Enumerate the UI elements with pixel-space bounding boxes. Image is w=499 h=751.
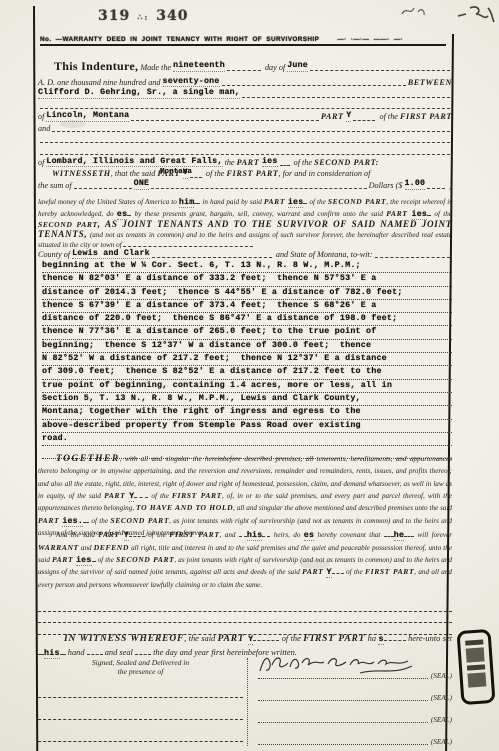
stamp-separator: ∴: — [137, 12, 149, 22]
printed-text: , that the said — [111, 170, 158, 178]
printed-text: of the — [307, 198, 327, 206]
printed-text: lawful money of the United States of Ame… — [38, 198, 179, 206]
printed-text: and — [79, 544, 94, 552]
signer-column: (SEAL) (SEAL) (SEAL) (SEAL) — [247, 658, 452, 746]
printed-text: will forever — [414, 531, 452, 539]
legal-description: beginning at the W ¼ Cor. Sect. 6, T. 13… — [42, 260, 452, 459]
printed-caps: PART — [98, 530, 123, 539]
printed-text: of the — [204, 170, 227, 178]
witness-signature-line — [38, 720, 243, 742]
dotted-fill — [152, 257, 272, 258]
typed-entry: seventy-one — [163, 77, 220, 88]
witness-signature-line — [38, 676, 243, 698]
form-line: WITNESSETH, that the said PART Y of the … — [38, 167, 452, 178]
book-number: 319 — [98, 8, 130, 24]
printed-caps: FIRST PART — [172, 491, 222, 500]
form-line: A. D. one thousand nine hundred and seve… — [38, 76, 452, 87]
stamp-mark — [467, 672, 486, 687]
printed-caps: WARRANT — [38, 543, 79, 552]
warrant-paragraph: And the said PART Y of the FIRST PART, a… — [38, 528, 452, 590]
legal-description-line: Montana; together with the right of ingr… — [42, 406, 452, 419]
printed-caps: FIRST PART — [303, 634, 365, 644]
dotted-fill — [74, 188, 132, 189]
seal-label: (SEAL) — [431, 672, 452, 680]
handwritten-mark — [398, 2, 428, 20]
dotted-fill — [52, 131, 450, 132]
typed-entry: Clifford D. Gehring, Sr., a single man, — [38, 88, 240, 99]
printed-text: heirs, do — [270, 531, 303, 539]
printed-caps: PART — [237, 159, 262, 167]
printed-caps: SECOND PART — [116, 555, 174, 564]
printed-caps: PART — [104, 491, 129, 500]
printed-text: , for and in consideration of — [279, 170, 371, 178]
form-line: of Lombard, Illinois and Great Falls, th… — [38, 156, 452, 167]
printed-text: the sum of — [38, 182, 72, 190]
dotted-fill — [427, 188, 445, 189]
legal-description-line: beginning; thence S 12°37' W a distance … — [42, 340, 452, 353]
dotted-fill — [222, 85, 406, 86]
printed-text: of the — [96, 556, 116, 564]
dotted-fill — [375, 257, 450, 258]
form-line: County of Lewis and Clark and State of M… — [38, 248, 452, 259]
printed-text: here-unto set — [406, 634, 452, 643]
dotted-fill — [190, 177, 202, 178]
seal-label: (SEAL) — [431, 716, 452, 724]
witness-column: Signed, Sealed and Delivered in the pres… — [38, 658, 247, 746]
form-line: the sum ofONEDollars ($ 1.00 ) — [38, 179, 452, 190]
typed-entry: es — [304, 531, 314, 541]
typed-entry: Y — [346, 111, 351, 122]
printed-text: , all and singular the above mentioned a… — [233, 504, 452, 512]
printed-caps: PART — [321, 113, 346, 121]
printed-caps: PART — [52, 555, 76, 564]
dotted-fill — [134, 490, 148, 498]
dotted-fill — [404, 529, 414, 537]
typed-entry: he — [394, 531, 404, 541]
typed-entry: nineteenth — [173, 61, 225, 72]
printed-text: And the said — [56, 531, 98, 539]
form-line — [38, 99, 452, 110]
legal-description-line: distance of 2014.3 feet; thence S 44°55'… — [42, 287, 452, 300]
typed-entry: ies — [288, 198, 304, 208]
form-title-text: No. —WARRANTY DEED IN JOINT TENANCY WITH… — [40, 36, 319, 43]
printed-caps: PART — [38, 516, 62, 525]
printed-text: of the — [431, 210, 452, 218]
typed-entry: Lombard, Illinois and Great Falls, — [46, 157, 222, 168]
signature-row: (SEAL) — [258, 680, 452, 702]
printed-caps: FIRST PART — [365, 567, 414, 576]
form-line — [38, 144, 452, 155]
printed-caps: PART — [218, 634, 248, 644]
printed-text: Dollars ($ — [369, 182, 405, 190]
legal-description-line: N 82°52' W a distance of 217.2 feet; the… — [42, 353, 452, 366]
signature-gehring — [256, 651, 416, 682]
dotted-fill — [40, 108, 450, 109]
typed-entry: ies — [76, 556, 92, 566]
printed-caps: SECOND PART — [328, 197, 386, 206]
dotted-fill — [384, 633, 406, 641]
form-line — [38, 133, 452, 144]
dotted-fill — [40, 154, 450, 155]
printed-text: hereby covenant that — [314, 531, 384, 539]
form-line: and — [38, 122, 452, 133]
printed-caps: IN WITNESS WHEREOF — [64, 634, 184, 644]
dotted-fill — [135, 647, 151, 655]
printed-caps: SECOND PART — [110, 516, 169, 525]
interlinear-insert-montana: Montana — [160, 168, 192, 176]
signed-sealed-line2: the presence of — [38, 667, 243, 676]
blank-ruled-lines — [38, 600, 452, 635]
legal-description-line: Section 5, T. 13 N., R. 8 W., M.P.M., Le… — [42, 393, 452, 406]
form-line: This Indenture, Made the nineteenth day … — [38, 55, 452, 72]
printed-text: Made the — [138, 64, 173, 72]
printed-text: of the — [292, 159, 315, 167]
printed-caps: PART — [386, 209, 411, 218]
signature-row: (SEAL) — [258, 724, 452, 746]
dotted-fill — [242, 97, 450, 98]
dotted-fill — [87, 647, 103, 655]
printed-text: and State of Montana, to-wit: — [274, 251, 373, 259]
printed-text: of the — [279, 634, 303, 643]
printed-text: and — [38, 125, 50, 133]
stamp-mark — [465, 639, 483, 645]
typed-entry: 1.00 — [405, 179, 426, 190]
legal-description-line: beginning at the W ¼ Cor. Sect. 6, T. 13… — [42, 260, 452, 273]
legal-description-line: thence S 67°39' E a distance of 373.4 fe… — [42, 300, 452, 313]
printed-text: and seal — [103, 648, 135, 657]
deed-page: 319 ∴: 340 No. —WARRANTY DEED IN JOINT T… — [0, 0, 499, 751]
typed-entry: es — [117, 210, 127, 220]
printed-text: ) — [447, 182, 452, 190]
printed-heading: This Indenture, — [54, 60, 138, 72]
legal-description-line: thence N 82°03' E a distance of 333.2 fe… — [42, 273, 452, 286]
legal-description-line: distance of 220.0 feet; thence S 86°47' … — [42, 313, 452, 326]
printed-caps: WITNESSETH — [52, 170, 111, 178]
stamp-mark — [467, 664, 485, 670]
typed-entry: ies — [262, 157, 278, 168]
printed-text: the — [223, 159, 237, 167]
typed-entry: June — [287, 61, 308, 72]
scan-smudge — [300, 560, 330, 569]
printed-text: hand — [66, 648, 87, 657]
stamp-mark — [466, 647, 485, 662]
seal-label: (SEAL) — [431, 738, 452, 746]
recorder-stamp — [456, 629, 495, 705]
dotted-fill — [40, 142, 450, 143]
printed-text: of the — [145, 531, 169, 539]
printed-text: , the said — [184, 634, 217, 643]
dotted-fill — [129, 529, 145, 537]
printed-caps: PART — [264, 197, 288, 206]
dotted-fill — [280, 165, 290, 166]
signed-sealed-line1: Signed, Sealed and Delivered in — [38, 658, 243, 667]
dotted-fill — [239, 529, 247, 537]
dotted-fill — [310, 70, 450, 71]
printed-text: day of — [263, 64, 287, 72]
legal-description-line: of 309.0 feet; thence S 82°52' E a dista… — [42, 366, 452, 379]
dotted-fill — [123, 239, 253, 247]
dotted-fill — [353, 120, 375, 121]
printed-caps: BETWEEN — [408, 79, 452, 87]
scan-smudge — [60, 120, 86, 128]
printed-text: ha — [365, 634, 378, 643]
typed-entry: ies — [412, 210, 428, 220]
printed-caps: FIRST PART — [169, 530, 219, 539]
printed-text: of the — [377, 113, 400, 121]
consideration-paragraph: lawful money of the United States of Ame… — [38, 196, 452, 250]
form-title: No. —WARRANTY DEED IN JOINT TENANCY WITH… — [40, 36, 446, 46]
book-page-stamp: 319 ∴: 340 — [98, 8, 189, 24]
signature-rule — [258, 722, 428, 723]
form-line: Clifford D. Gehring, Sr., a single man, — [38, 87, 452, 98]
blank-rule — [38, 600, 452, 612]
printed-caps: FIRST PART — [400, 113, 452, 121]
dotted-fill — [332, 566, 344, 574]
printed-text: by these presents grant, bargain, sell, … — [131, 210, 386, 218]
typed-entry: his — [247, 531, 263, 541]
printed-caps: TO HAVE AND TO HOLD — [136, 503, 233, 512]
signature-rule — [258, 744, 428, 745]
page-number: 340 — [156, 8, 188, 24]
seal-label: (SEAL) — [431, 694, 452, 702]
corner-scribble — [452, 2, 496, 28]
blank-rule — [38, 612, 452, 624]
together-paragraph: TOGETHER, with all and singular the here… — [38, 452, 452, 538]
signature-section: Signed, Sealed and Delivered in the pres… — [38, 658, 452, 746]
indenture-intro: This Indenture, Made the nineteenth day … — [38, 55, 452, 190]
printed-caps: FIRST PART — [226, 170, 278, 178]
printed-caps: TOGETHER — [56, 454, 120, 464]
printed-caps: DEFEND — [94, 543, 129, 552]
dotted-fill — [131, 120, 319, 121]
typed-entry: him — [179, 198, 195, 208]
dotted-fill — [227, 70, 261, 71]
typed-entry: ies. — [62, 517, 83, 527]
signature-row: (SEAL) — [258, 658, 452, 680]
form-title-illegible-marks: —· ·—·— ——· —· — [337, 36, 403, 43]
legal-description-line: true point of beginning, containing 1.4 … — [42, 380, 452, 393]
typed-entry: ONE — [134, 179, 150, 190]
signature-rule — [258, 700, 428, 701]
signature-row: (SEAL) — [258, 702, 452, 724]
dotted-fill — [151, 188, 366, 189]
printed-text: in hand paid by said — [200, 198, 263, 206]
typed-entry: Lincoln, Montana — [46, 111, 129, 122]
legal-description-line: above-described property from Stemple Pa… — [42, 420, 452, 433]
legal-description-line: thence N 77°36' E a distance of 265.0 fe… — [42, 326, 452, 339]
typed-entry: Lewis and Clark — [72, 249, 150, 260]
printed-text: of the — [89, 517, 110, 525]
printed-text: , and — [220, 531, 239, 539]
form-line: of Lincoln, MontanaPART Y of the FIRST P… — [38, 110, 452, 121]
witness-signature-line — [38, 698, 243, 720]
printed-text: County of — [38, 251, 72, 259]
printed-text: of the — [344, 568, 365, 576]
signed-sealed-label: Signed, Sealed and Delivered in the pres… — [38, 658, 243, 676]
printed-text: of the — [148, 492, 172, 500]
county-state-line: County of Lewis and Clark and State of M… — [38, 248, 452, 259]
legal-description-line: road. — [42, 433, 452, 446]
printed-text: A. D. one thousand nine hundred and — [38, 79, 163, 87]
dotted-fill — [253, 633, 279, 641]
dotted-fill — [384, 529, 394, 537]
printed-caps: SECOND PART: — [314, 159, 379, 167]
